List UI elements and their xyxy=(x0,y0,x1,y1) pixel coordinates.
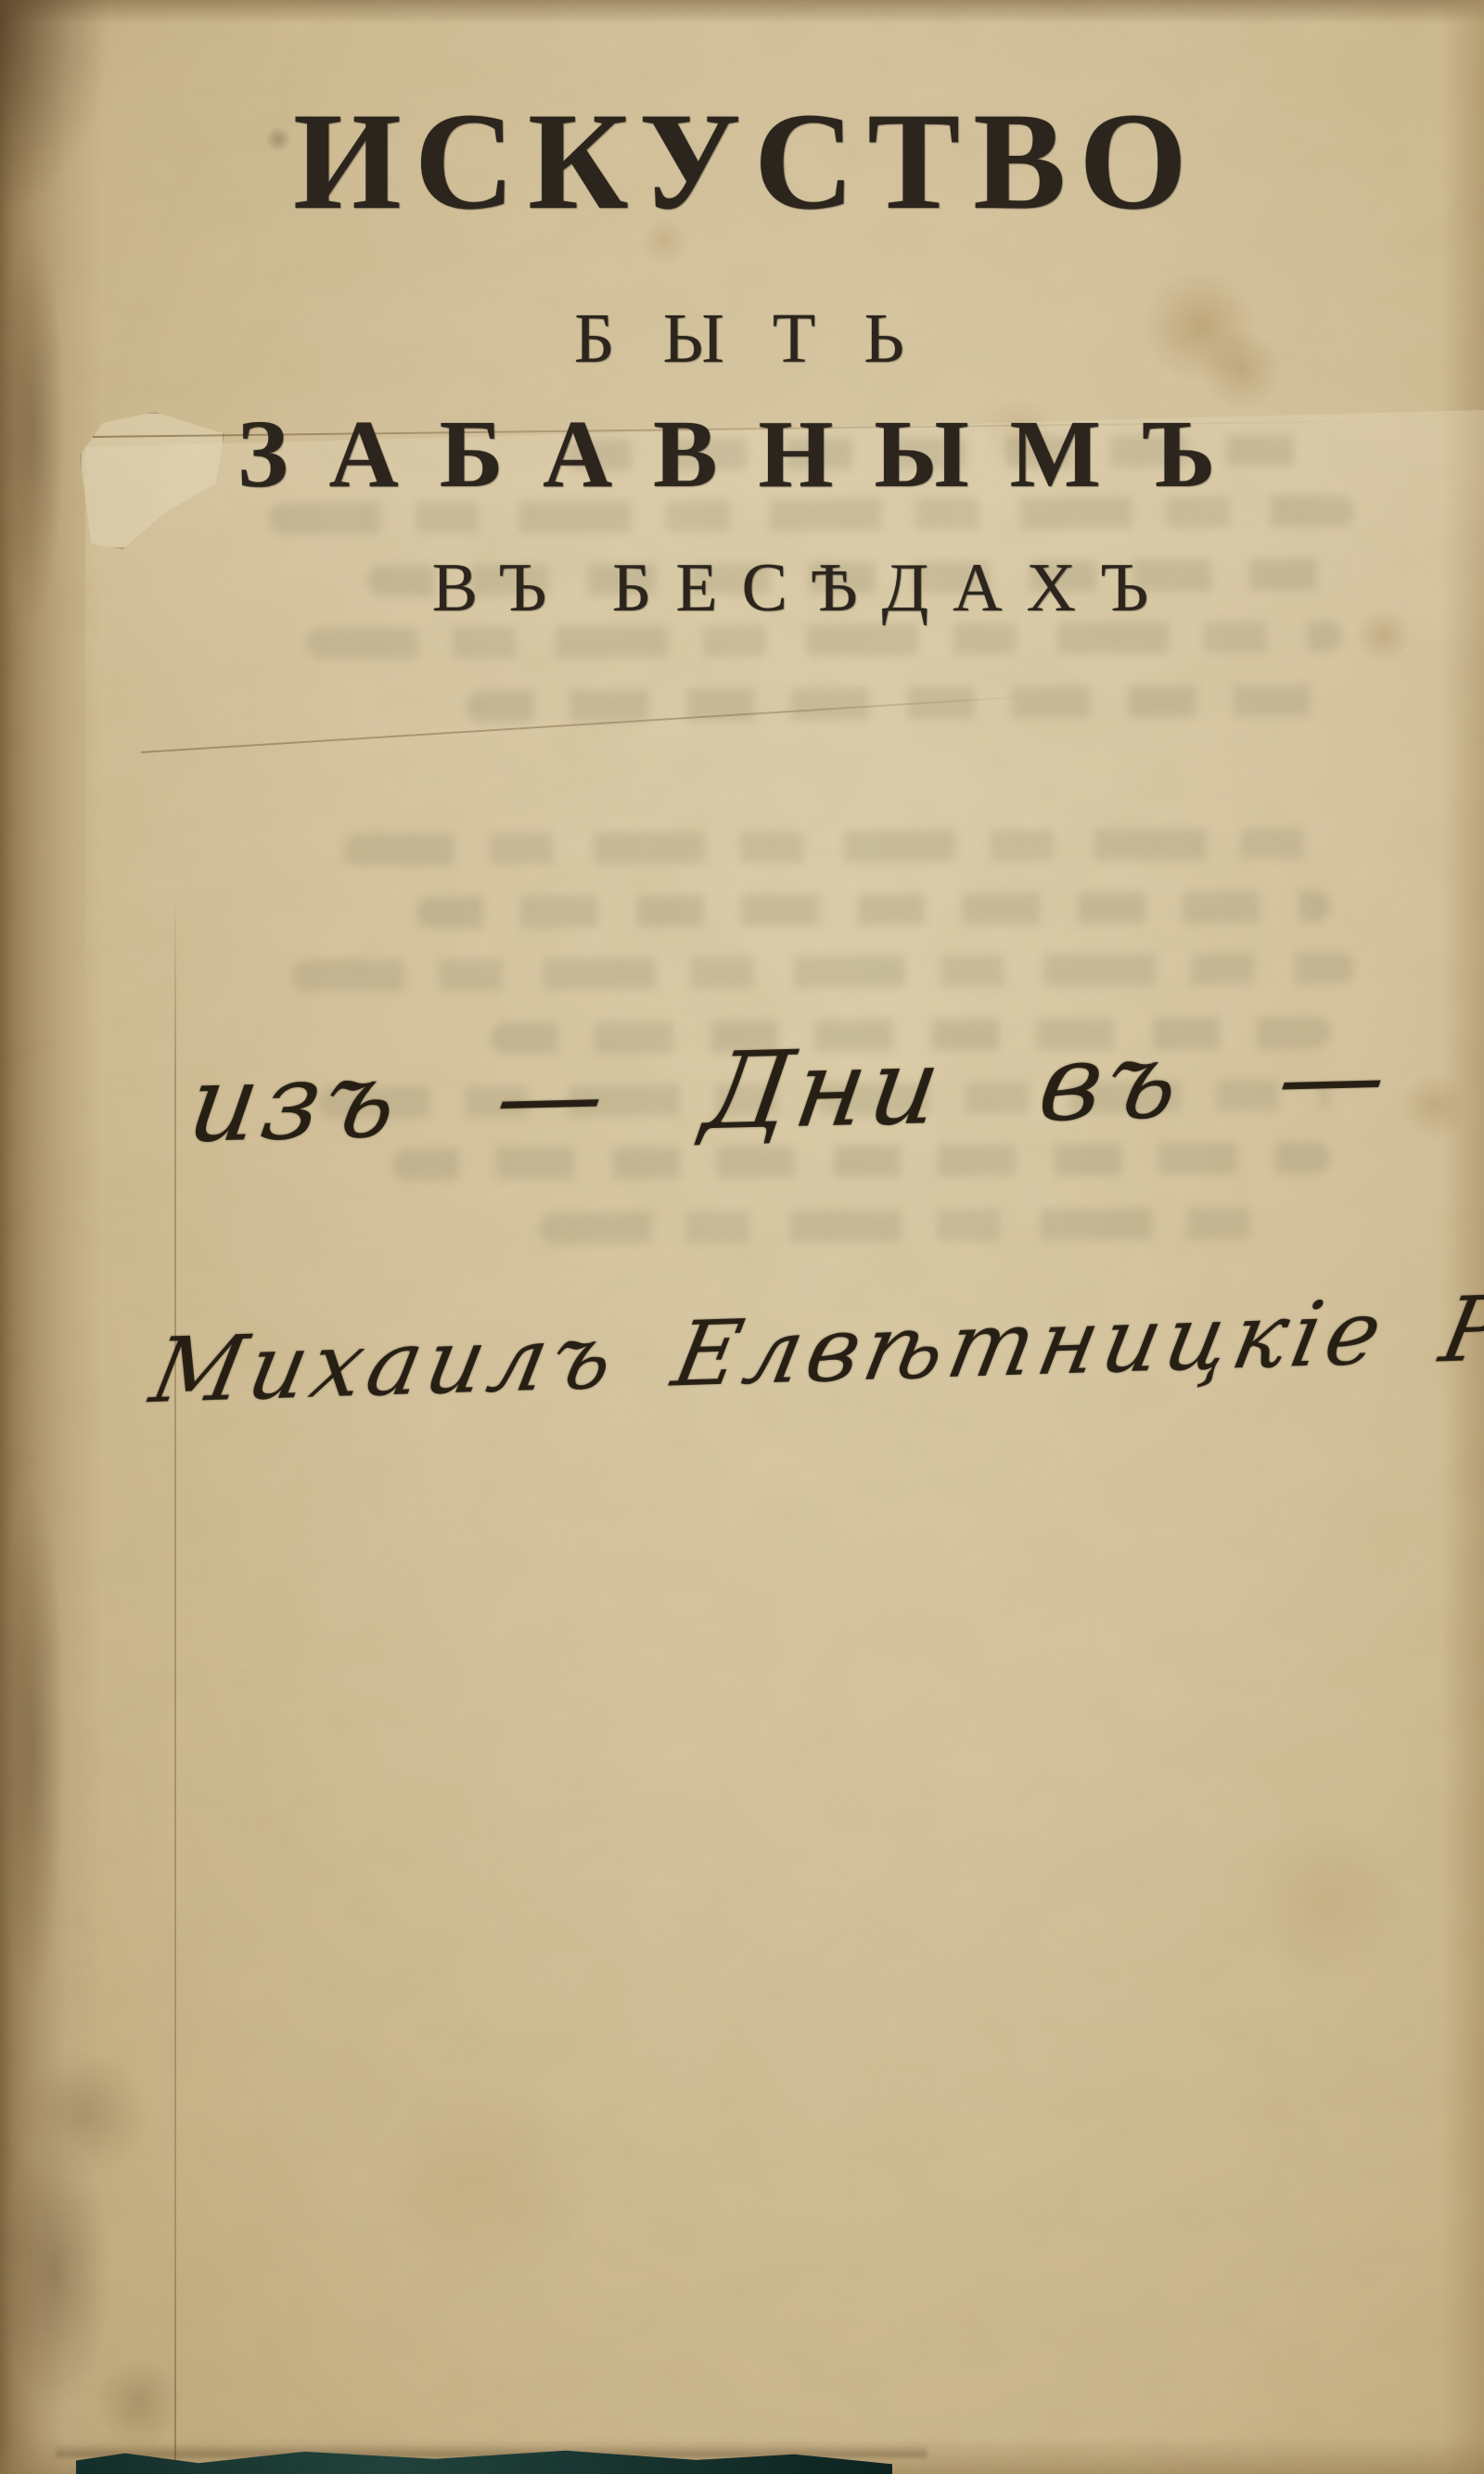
title-line-3: ЗАБАВНЫМЪ xyxy=(65,399,1428,509)
ghost-text-row xyxy=(293,953,1354,992)
ghost-text-row xyxy=(416,891,1329,929)
vertical-crease xyxy=(174,891,176,2474)
ghost-text-row xyxy=(540,1208,1255,1244)
scanned-title-page: ИСКУСТВО БЫТЬ ЗАБАВНЫМЪ ВЪ БЕСѢДАХЪ изъ … xyxy=(0,0,1484,2474)
title-line-4: ВЪ БЕСѢДАХЪ xyxy=(121,549,1484,628)
title-line-2: БЫТЬ xyxy=(82,299,1445,379)
ghost-text-row xyxy=(467,685,1330,722)
title-line-1: ИСКУСТВО xyxy=(65,82,1428,241)
ghost-text-row xyxy=(343,827,1330,865)
